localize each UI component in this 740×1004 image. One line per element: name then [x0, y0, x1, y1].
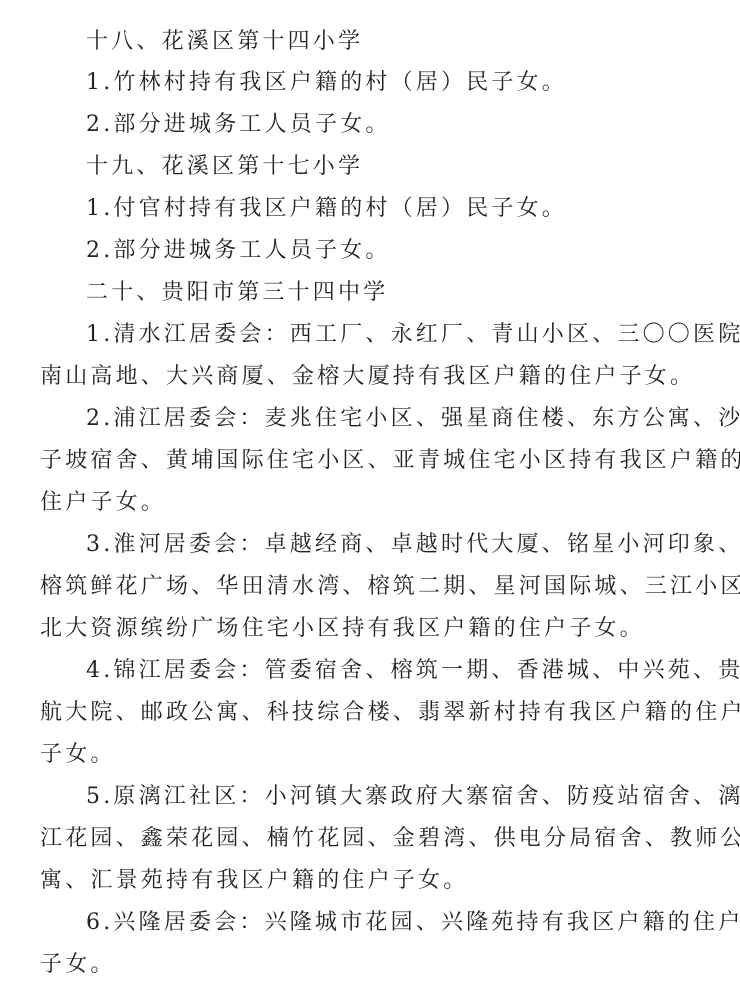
section-heading-20: 二十、贵阳市第三十四中学 [86, 279, 388, 307]
paragraph-line: 6.兴隆居委会：兴隆城市花园、兴隆苑持有我区户籍的住户 [86, 909, 740, 937]
paragraph-line: 住户子女。 [40, 489, 166, 517]
paragraph-line: 子女。 [40, 741, 116, 769]
document-page: 十八、花溪区第十四小学 1.竹林村持有我区户籍的村（居）民子女。 2.部分进城务… [0, 0, 740, 1004]
paragraph-line: 3.淮河居委会：卓越经商、卓越时代大厦、铭星小河印象、 [86, 531, 740, 559]
section-heading-18: 十八、花溪区第十四小学 [86, 28, 363, 56]
section-heading-19: 十九、花溪区第十七小学 [86, 153, 363, 181]
paragraph-line: 子坡宿舍、黄埔国际住宅小区、亚青城住宅小区持有我区户籍的 [40, 447, 740, 475]
paragraph-line: 4.锦江居委会：管委宿舍、榕筑一期、香港城、中兴苑、贵 [86, 657, 740, 685]
paragraph-line: 寓、汇景苑持有我区户籍的住户子女。 [40, 867, 468, 895]
list-item: 2.部分进城务工人员子女。 [86, 111, 391, 139]
paragraph-line: 榕筑鲜花广场、华田清水湾、榕筑二期、星河国际城、三江小区、 [40, 573, 740, 601]
list-item: 2.部分进城务工人员子女。 [86, 237, 391, 265]
paragraph-line: 子女。 [40, 951, 116, 979]
list-item: 1.付官村持有我区户籍的村（居）民子女。 [86, 195, 567, 223]
paragraph-line: 南山高地、大兴商厦、金榕大厦持有我区户籍的住户子女。 [40, 363, 695, 391]
paragraph-line: 5.原漓江社区：小河镇大寨政府大寨宿舍、防疫站宿舍、漓 [86, 783, 740, 811]
paragraph-line: 2.浦江居委会：麦兆住宅小区、强星商住楼、东方公寓、沙 [86, 405, 740, 433]
paragraph-line: 北大资源缤纷广场住宅小区持有我区户籍的住户子女。 [40, 615, 645, 643]
paragraph-line: 1.清水江居委会：西工厂、永红厂、青山小区、三〇〇医院、 [86, 321, 740, 349]
list-item: 1.竹林村持有我区户籍的村（居）民子女。 [86, 69, 567, 97]
paragraph-line: 江花园、鑫荣花园、楠竹花园、金碧湾、供电分局宿舍、教师公 [40, 825, 740, 853]
paragraph-line: 航大院、邮政公寓、科技综合楼、翡翠新村持有我区户籍的住户 [40, 699, 740, 727]
